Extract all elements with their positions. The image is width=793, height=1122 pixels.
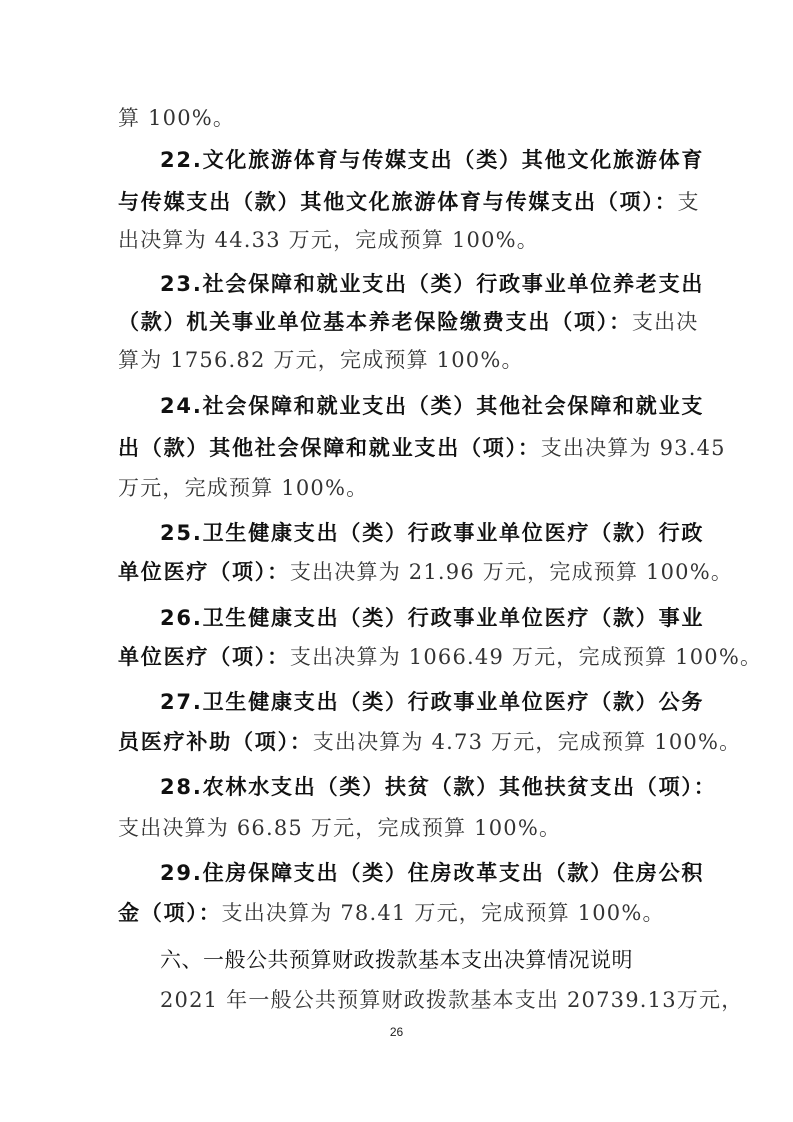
item-27-label: 员医疗补助（项）：	[118, 730, 313, 754]
item-23-line-3: 算为 1756.82 万元，完成预算 100%。	[118, 346, 678, 374]
item-23-line-2: （款）机关事业单位基本养老保险缴费支出（项）：支出决	[118, 308, 678, 336]
text: 算 100%。	[118, 106, 235, 130]
item-24-title: 24.社会保障和就业支出（类）其他社会保障和就业支	[160, 392, 678, 420]
section-heading: 六、一般公共预算财政拨款基本支出决算情况说明	[160, 946, 678, 974]
item-24-label: 出（款）其他社会保障和就业支出（项）：	[118, 436, 541, 460]
item-28-title: 28.农林水支出（类）扶贫（款）其他扶贫支出（项）：	[160, 773, 678, 801]
section-body: 2021 年一般公共预算财政拨款基本支出 20739.13万元，	[160, 986, 678, 1014]
item-27-line-2: 员医疗补助（项）：支出决算为 4.73 万元，完成预算 100%。	[118, 728, 678, 756]
page-number: 26	[0, 1025, 793, 1039]
item-29-label: 金（项）：	[118, 901, 222, 925]
item-29-title: 29.住房保障支出（类）住房改革支出（款）住房公积	[160, 859, 678, 887]
paragraph-continuation: 算 100%。	[118, 104, 678, 132]
item-23-label: （款）机关事业单位基本养老保险缴费支出（项）：	[118, 310, 632, 334]
item-24-line-3: 万元，完成预算 100%。	[118, 474, 678, 502]
item-22-line-2: 与传媒支出（款）其他文化旅游体育与传媒支出（项）：支	[118, 188, 678, 216]
item-25-title: 25.卫生健康支出（类）行政事业单位医疗（款）行政	[160, 519, 678, 547]
document-page: 算 100%。 22.文化旅游体育与传媒支出（类）其他文化旅游体育 与传媒支出（…	[0, 0, 793, 1122]
item-25-text: 支出决算为 21.96 万元，完成预算 100%。	[290, 560, 733, 584]
item-25-label: 单位医疗（项）：	[118, 560, 290, 584]
item-26-line-2: 单位医疗（项）：支出决算为 1066.49 万元，完成预算 100%。	[118, 643, 678, 671]
item-23-title: 23.社会保障和就业支出（类）行政事业单位养老支出	[160, 270, 678, 298]
item-22-title: 22.文化旅游体育与传媒支出（类）其他文化旅游体育	[160, 146, 678, 174]
item-27-title: 27.卫生健康支出（类）行政事业单位医疗（款）公务	[160, 688, 678, 716]
item-24-text: 支出决算为 93.45	[541, 436, 726, 460]
item-26-text: 支出决算为 1066.49 万元，完成预算 100%。	[290, 645, 762, 669]
item-26-label: 单位医疗（项）：	[118, 645, 290, 669]
item-29-line-2: 金（项）：支出决算为 78.41 万元，完成预算 100%。	[118, 899, 678, 927]
item-25-line-2: 单位医疗（项）：支出决算为 21.96 万元，完成预算 100%。	[118, 558, 678, 586]
item-26-title: 26.卫生健康支出（类）行政事业单位医疗（款）事业	[160, 604, 678, 632]
item-23-text: 支出决	[632, 310, 699, 334]
item-24-line-2: 出（款）其他社会保障和就业支出（项）：支出决算为 93.45	[118, 434, 678, 462]
item-27-text: 支出决算为 4.73 万元，完成预算 100%。	[313, 730, 742, 754]
item-22-text: 支	[678, 190, 700, 214]
item-22-label: 与传媒支出（款）其他文化旅游体育与传媒支出（项）：	[118, 190, 678, 214]
item-28-line-2: 支出决算为 66.85 万元，完成预算 100%。	[118, 814, 678, 842]
item-22-line-3: 出决算为 44.33 万元，完成预算 100%。	[118, 226, 678, 254]
item-29-text: 支出决算为 78.41 万元，完成预算 100%。	[222, 901, 665, 925]
